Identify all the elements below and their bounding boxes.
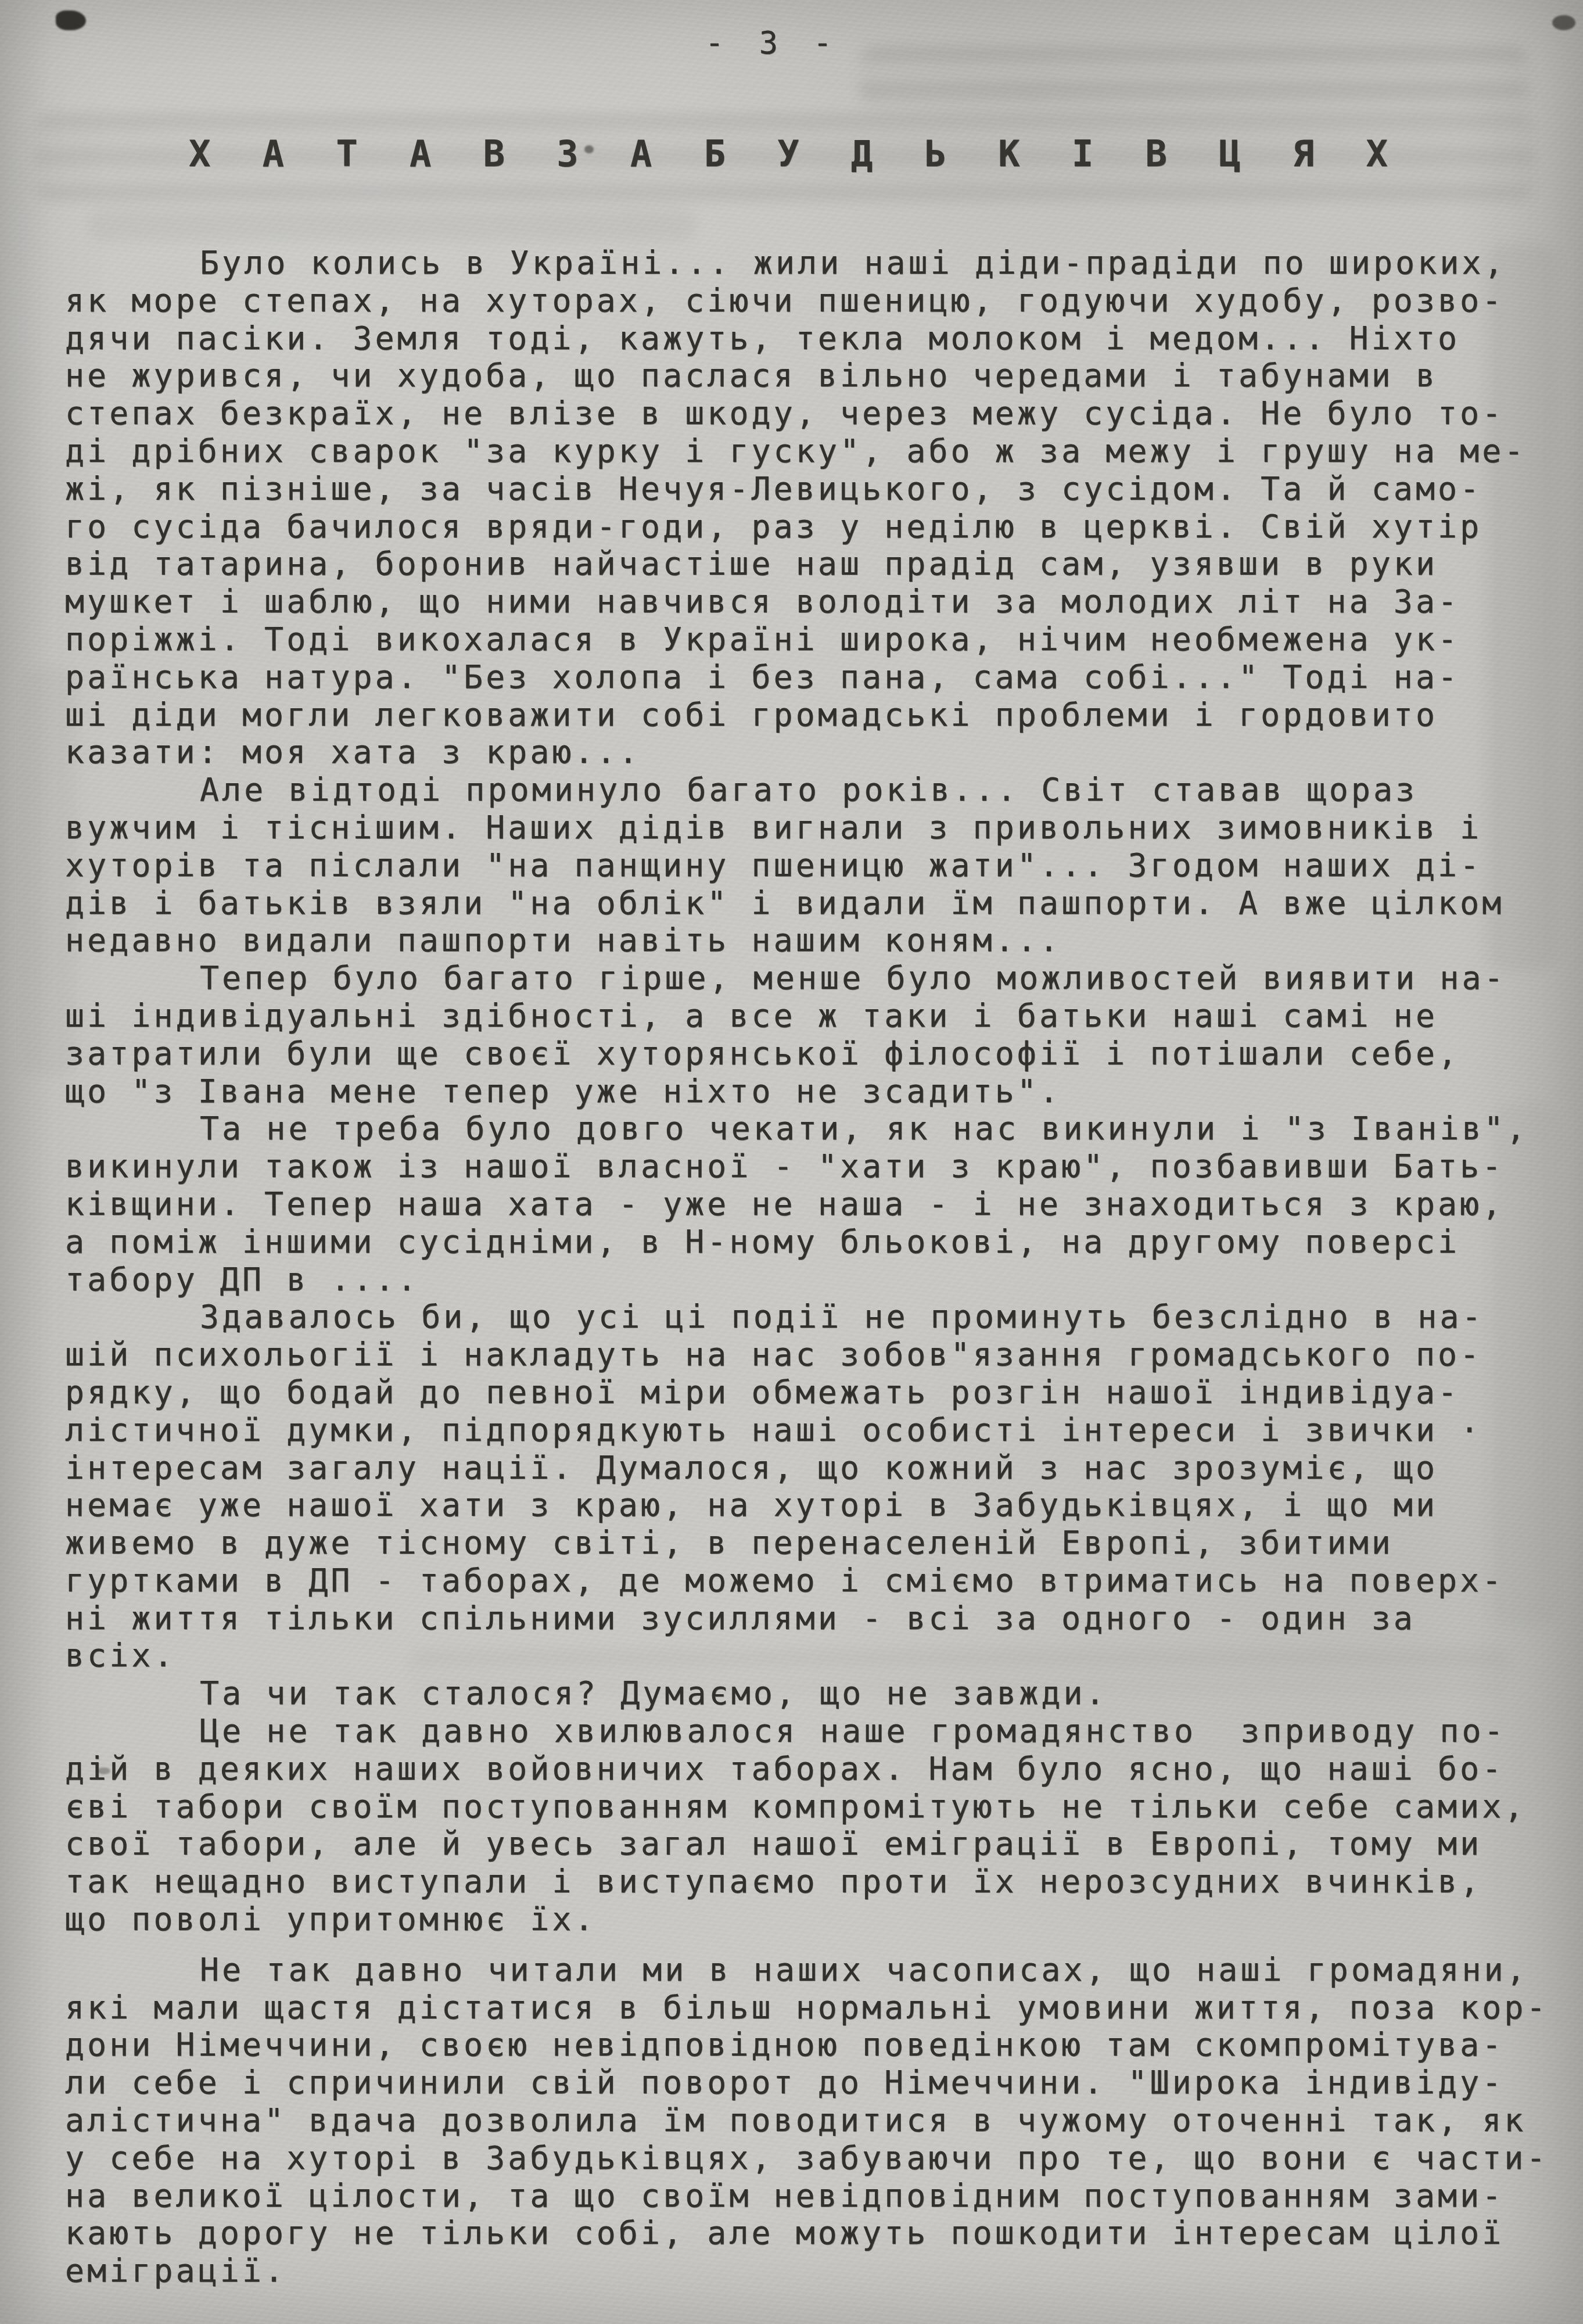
ink-speck: [1552, 15, 1575, 30]
text-line: поріжжі. Тоді викохалася в Україні широк…: [65, 621, 1541, 658]
text-line: від татарина, боронив найчастіше наш пра…: [65, 545, 1541, 583]
paragraph: Це не так давно хвилювалося наше громадя…: [65, 1712, 1541, 1938]
paragraph: Було колись в Україні... жили наші діди-…: [65, 244, 1541, 771]
text-line: жі, як пізніше, за часів Нечуя-Левицьког…: [65, 470, 1541, 508]
text-line: живемо в дуже тісному світі, в перенасел…: [65, 1524, 1541, 1562]
text-line: Здавалось би, що усі ці події не промину…: [65, 1298, 1541, 1336]
text-line: дій в деяких наших войовничих таборах. Н…: [65, 1750, 1541, 1788]
text-line: Та чи так сталося? Думаємо, що не завжди…: [65, 1674, 1541, 1712]
text-line: степах безкраїх, не влізе в шкоду, через…: [65, 394, 1541, 432]
text-line: ли себе і спричинили свій поворот до Нім…: [65, 2064, 1541, 2101]
text-line: немає уже нашої хати з краю, на хуторі в…: [65, 1486, 1541, 1524]
text-line: кають дорогу не тільки собі, але можуть …: [65, 2214, 1541, 2252]
text-line: гуртками в ДП - таборах, де можемо і смі…: [65, 1562, 1541, 1599]
text-line: не журився, чи худоба, що паслася вільно…: [65, 357, 1541, 394]
text-line: Та не треба було довго чекати, як нас ви…: [65, 1110, 1541, 1147]
document-page: { "page": { "number_label": "- 3 -", "ti…: [0, 0, 1583, 2324]
text-line: мушкет і шаблю, що ними навчився володіт…: [65, 583, 1541, 621]
paragraph: Здавалось би, що усі ці події не промину…: [65, 1298, 1541, 1674]
paragraph: Не так давно читали ми в наших часописах…: [65, 1951, 1541, 2290]
text-line: затратили були ще своєї хуторянської філ…: [65, 1035, 1541, 1073]
text-line: що "з Івана мене тепер уже ніхто не зсад…: [65, 1073, 1541, 1110]
text-line: казати: моя хата з краю...: [65, 733, 1541, 771]
paragraph: Та не треба було довго чекати, як нас ви…: [65, 1110, 1541, 1298]
paragraph: Тепер було багато гірше, менше було можл…: [65, 959, 1541, 1110]
text-line: шій психольогії і накладуть на нас зобов…: [65, 1336, 1541, 1373]
text-line: Тепер було багато гірше, менше було можл…: [65, 959, 1541, 997]
text-line: інтересам загалу нації. Думалося, що кож…: [65, 1449, 1541, 1487]
text-line: дів і батьків взяли "на облік" і видали …: [65, 884, 1541, 922]
text-line: на великої цілости, та що своїм невідпов…: [65, 2177, 1541, 2215]
text-line: дони Німеччини, своєю невідповідною пове…: [65, 2026, 1541, 2064]
document-body: Було колись в Україні... жили наші діди-…: [65, 244, 1541, 2290]
text-line: недавно видали пашпорти навіть нашим кон…: [65, 921, 1541, 959]
text-line: ні життя тільки спільними зусиллями - вс…: [65, 1599, 1541, 1637]
text-line: Це не так давно хвилювалося наше громадя…: [65, 1712, 1541, 1750]
text-line: Не так давно читали ми в наших часописах…: [65, 1951, 1541, 1989]
text-line: всіх.: [65, 1637, 1541, 1674]
text-line: алістична" вдача дозволила їм поводитися…: [65, 2101, 1541, 2139]
paragraph: Та чи так сталося? Думаємо, що не завжди…: [65, 1674, 1541, 1712]
text-line: у себе на хуторі в Забудьківцях, забуваю…: [65, 2139, 1541, 2177]
text-line: еміграції.: [65, 2252, 1541, 2290]
text-line: дячи пасіки. Земля тоді, кажуть, текла м…: [65, 320, 1541, 357]
text-line: Було колись в Україні... жили наші діди-…: [65, 244, 1541, 282]
text-line: лістичної думки, підпорядкують наші особ…: [65, 1411, 1541, 1449]
text-line: а поміж іншими сусідніми, в Н-ному бльок…: [65, 1223, 1541, 1261]
text-line: викинули також із нашої власної - "хати …: [65, 1147, 1541, 1185]
page-number: - 3 -: [0, 24, 1545, 61]
text-line: раїнська натура. "Без холопа і без пана,…: [65, 658, 1541, 696]
text-line: ді дрібних сварок "за курку і гуску", аб…: [65, 432, 1541, 470]
text-line: свої табори, але й увесь загал нашої емі…: [65, 1825, 1541, 1863]
page-title: Х А Т А В З А Б У Д Ь К І В Ц Я Х: [0, 132, 1583, 175]
text-line: які мали щастя дістатися в більш нормаль…: [65, 1989, 1541, 2027]
text-line: Але відтоді проминуло багато років... Св…: [65, 771, 1541, 809]
text-line: ші діди могли легковажити собі громадськ…: [65, 696, 1541, 734]
text-line: єві табори своїм поступованням компроміт…: [65, 1788, 1541, 1826]
text-line: ші індивідуальні здібності, а все ж таки…: [65, 997, 1541, 1035]
text-line: як море степах, на хуторах, сіючи пшениц…: [65, 282, 1541, 320]
text-line: хуторів та післали "на панщину пшеницю ж…: [65, 847, 1541, 884]
text-line: рядку, що бодай до певної міри обмежать …: [65, 1373, 1541, 1411]
text-line: ківщини. Тепер наша хата - уже не наша -…: [65, 1185, 1541, 1223]
text-line: табору ДП в ....: [65, 1261, 1541, 1299]
paragraph: Але відтоді проминуло багато років... Св…: [65, 771, 1541, 959]
text-line: го сусіда бачилося вряди-годи, раз у нед…: [65, 508, 1541, 546]
text-line: так нещадно виступали і виступаємо проти…: [65, 1863, 1541, 1900]
text-line: вужчим і тіснішим. Наших дідів вигнали з…: [65, 809, 1541, 847]
bleed-through-smudge: [87, 209, 697, 241]
text-line: що поволі упритомнює їх.: [65, 1900, 1541, 1938]
